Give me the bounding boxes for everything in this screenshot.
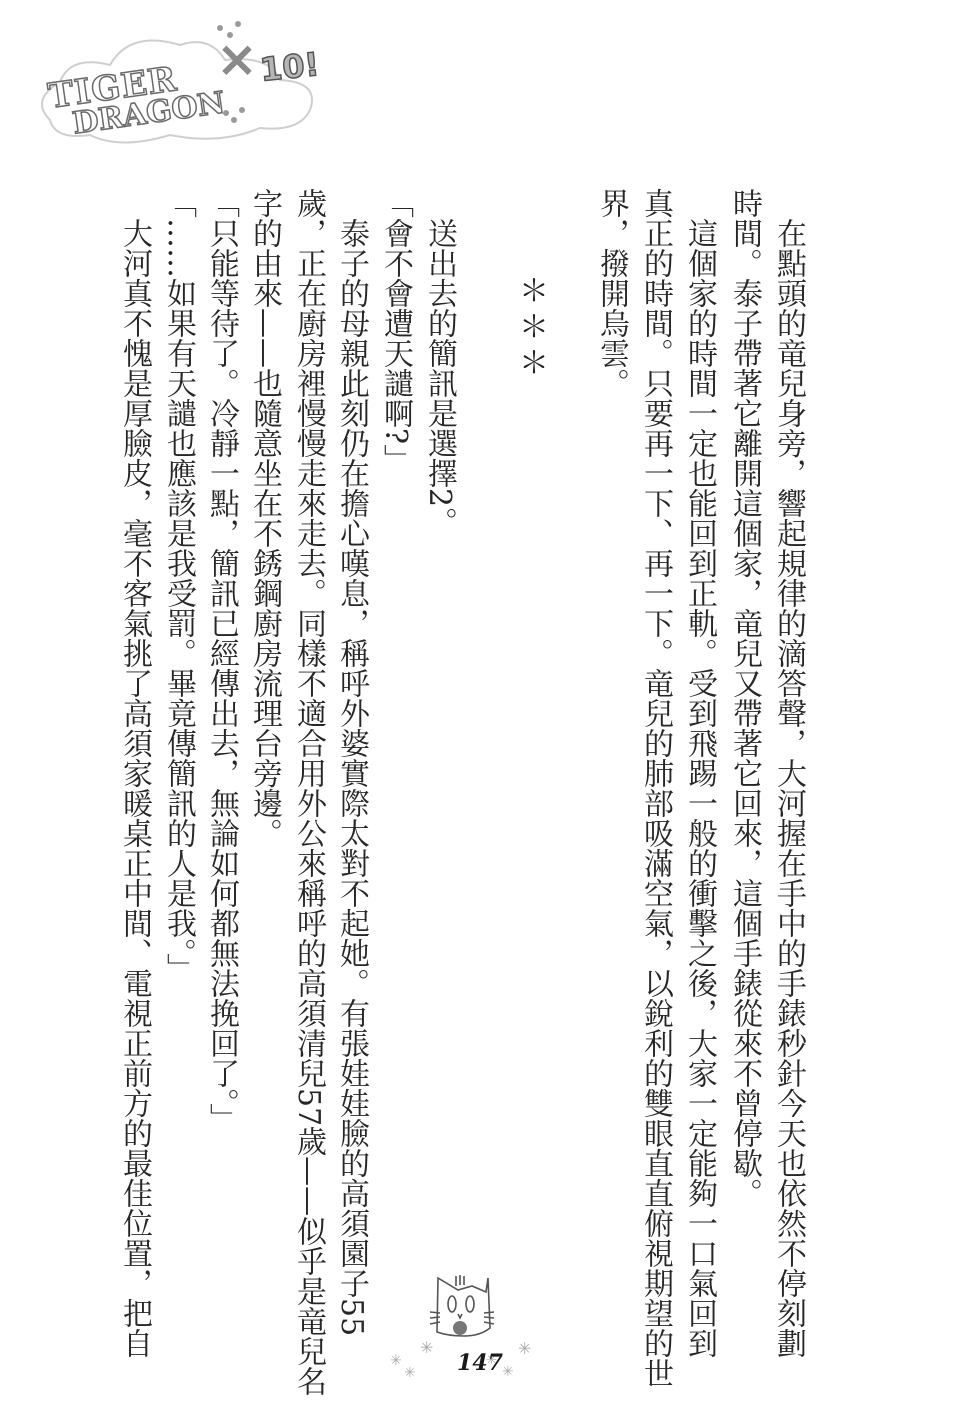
paragraph-column-13: 大河真不愧是厚臉皮，毫不客氣挑了高須家暖桌正中間、電視正前方的最佳位置，把自 xyxy=(112,218,156,1358)
dialogue-column-11: 「只能等待了。冷靜一點，簡訊已經傳出去，無論如何都無法挽回了。」 xyxy=(199,188,243,1133)
paragraph-column-9: 歲，正在廚房裡慢慢走來走去。同樣不適合用外公來稱呼的高須清兒57歲——似乎是竜兒… xyxy=(286,188,330,1396)
dialogue-column-7: 「會不會遭天譴啊?」 xyxy=(373,188,417,474)
logo-cross: × xyxy=(216,30,258,88)
dialogue-column-12: 「……如果有天譴也應該是我受罰。畢竟傳簡訊的人是我。」 xyxy=(156,188,200,983)
scene-break-asterisks: ＊＊＊ xyxy=(508,275,552,383)
cat-mascot-icon: ✳ ✳ ✳ ✳ ✳ ✳ xyxy=(380,1270,580,1411)
paragraph-column-8: 泰子的母親此刻仍在擔心嘆息，稱呼外婆實際太對不起她。有張娃娃臉的高須園子55 xyxy=(329,218,373,1336)
paragraph-column-1: 在點頭的竜兒身旁，響起規律的滴答聲，大河握在手中的手錶秒針今天也依然不停刻劃 xyxy=(766,218,810,1358)
page-footer: ✳ ✳ ✳ ✳ ✳ ✳ 147 xyxy=(380,1270,580,1411)
paragraph-column-5: 界，撥開烏雲。 xyxy=(589,188,633,398)
paragraph-column-10: 字的由來——也隨意坐在不銹鋼廚房流理台旁邊。 xyxy=(242,188,286,848)
logo-volume: 10! xyxy=(258,45,321,89)
paragraph-column-2: 時間。泰子帶著它離開這個家，竜兒又帶著它回來，這個手錶從來不曾停歇。 xyxy=(722,188,766,1208)
paragraph-column-3: 這個家的時間一定也能回到正軌。受到飛踢一般的衝擊之後，大家一定能夠一口氣回到 xyxy=(677,218,721,1358)
paragraph-column-6: 送出去的簡訊是選擇2。 xyxy=(417,218,461,537)
paragraph-column-4: 真正的時間。只要再一下、再一下。竜兒的肺部吸滿空氣，以銳利的雙眼直直俯視期望的世 xyxy=(633,188,677,1388)
page-number: 147 xyxy=(380,1350,580,1376)
series-logo: TIGER DRAGON × 10! xyxy=(20,10,320,150)
